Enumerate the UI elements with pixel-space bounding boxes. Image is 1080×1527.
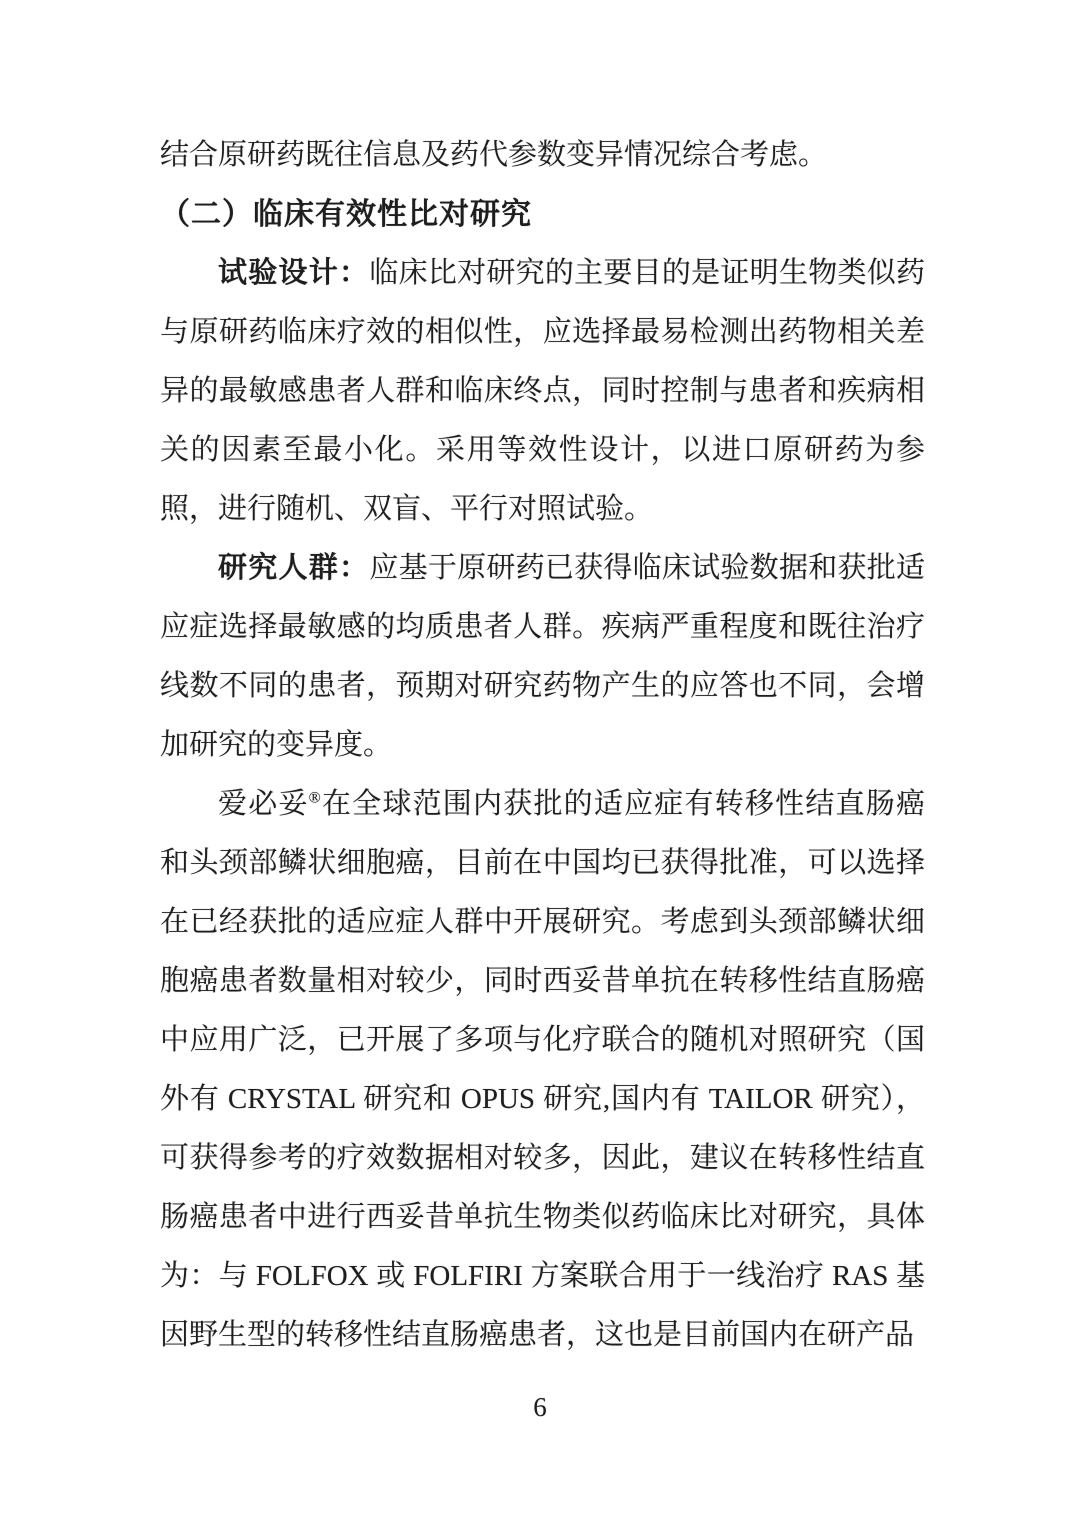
paragraph-erbitux: 爱必妥®在全球范围内获批的适应症有转移性结直肠癌和头颈部鳞状细胞癌，目前在中国均… <box>160 775 925 1365</box>
registered-trademark-mark: ® <box>309 789 321 806</box>
brand-name: 爱必妥 <box>218 788 309 820</box>
trial-design-body: 临床比对研究的主要目的是证明生物类似药与原研药临床疗效的相似性，应选择最易检测出… <box>160 257 925 525</box>
trial-design-lead: 试验设计： <box>218 257 369 289</box>
paragraph-study-population: 研究人群：应基于原研药已获得临床试验数据和获批适应症选择最敏感的均质患者人群。疾… <box>160 539 925 775</box>
document-page: 结合原研药既往信息及药代参数变异情况综合考虑。 （二）临床有效性比对研究 试验设… <box>0 0 1080 1527</box>
erbitux-body: 在全球范围内获批的适应症有转移性结直肠癌和头颈部鳞状细胞癌，目前在中国均已获得批… <box>160 788 925 1351</box>
page-number: 6 <box>0 1392 1080 1423</box>
paragraph-trial-design: 试验设计：临床比对研究的主要目的是证明生物类似药与原研药临床疗效的相似性，应选择… <box>160 244 925 539</box>
study-population-lead: 研究人群： <box>218 552 369 584</box>
continuation-paragraph: 结合原研药既往信息及药代参数变异情况综合考虑。 <box>160 126 925 185</box>
section-heading: （二）临床有效性比对研究 <box>160 185 925 244</box>
